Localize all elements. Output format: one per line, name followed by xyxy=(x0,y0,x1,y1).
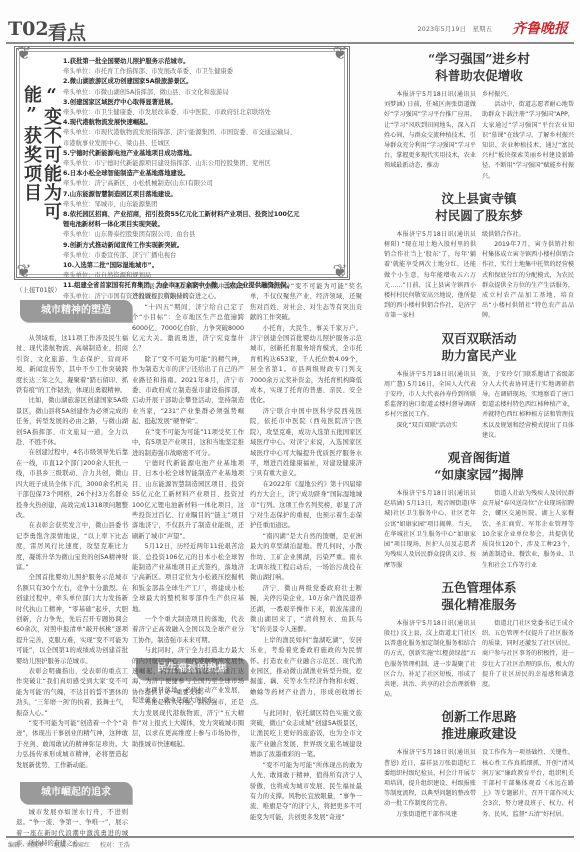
news-brief-five-color: 五色管理体系 强化精准服务 本报济宁5月18日讯(通讯员 殷壮) 汶上县，汶上街… xyxy=(384,579,574,701)
paragraph: 街道人社站为残疾人及居民群众开展“春风送岗位”企业现场招聘会，螺区交通医院、湖上… xyxy=(482,489,574,571)
headline-line: “学习强国”进乡村 xyxy=(384,50,574,67)
paragraph: 在2022年《湿地公约》第十四届缔约方大会上，济宁成功跻身“国际湿地城市”行列。… xyxy=(250,480,362,532)
headline-line: 强化精准服务 xyxy=(384,596,574,613)
headline: 汶上县寅寺镇 村民圆了股东梦 xyxy=(384,190,574,224)
paragraph: 小托育，大民生，事关千家万户。济宁创建全国首批婴幼儿照护服务示范城市，创新托育服… xyxy=(250,324,362,407)
paragraph: 2019年7月，寅寺供销社和村集体成立寅寺镇西小楼村供销合作社，实行土地集中托管… xyxy=(482,240,574,322)
headline: 观音阁街道 “如康家园”揭牌 xyxy=(384,449,574,483)
news-brief-rukang-home: 观音阁街道 “如康家园”揭牌 本报济宁5月18日讯(通讯员 赵培涵) 5月13日… xyxy=(384,449,574,571)
award-item: 1.获批第一批全国婴幼儿照护服务示范城市。 牵头单位：市托育工作指挥部、市发展改… xyxy=(63,57,348,77)
paragraph: 效，于安玲专门联系邀请了省级部分人大代表协同进行实地调研指导。在调研现场，实地察… xyxy=(482,370,574,441)
newspaper-page: T02 看点 2023年5月19日 星期五 齐鲁晚报 ❦ ❦ ❦ ❦ “变不可能… xyxy=(0,0,580,852)
editor-credit: 编辑：刘凯平 xyxy=(8,842,44,849)
headline: “学习强国”进乡村 科普助农促增收 xyxy=(384,50,574,84)
ornament-corner-icon: ❦ xyxy=(13,43,35,65)
award-item-lead: 市港航事业发展中心、梁山县、任城区 xyxy=(63,139,348,149)
article-body: 本报济宁5月18日讯(通讯员 周广慧) 5月16日，全国人大代表于安玲，市人大代… xyxy=(384,370,574,441)
award-item-title: 7.山东能源智慧制造园区项目落地建设。 xyxy=(63,190,348,200)
award-item-title: 10.入选第二批“国际湿地城市”。 xyxy=(63,261,348,271)
article-right-col: 效，于安玲专门联系邀请了省级部分人大代表协同进行实地调研指导。在调研现场，实地察… xyxy=(482,370,574,441)
paragraph: 本报济宁5月18日讯(通讯员 赵培涵) 5月13日，观音阁街道(华城)社区卫生服… xyxy=(384,489,476,571)
article-left-col: 本报济宁5月18日讯(通讯员 殷壮) 汶上县，汶上街道北门社区以普惠化服务加定制… xyxy=(384,619,476,701)
paragraph: 在“变不可能为可能”11项受奖工作中，有5项是产业项目，这和当地坚定推进的制造强… xyxy=(132,428,244,459)
paragraph: 本报济宁5月18日讯(通讯员 曹恩) 近日，嘉祥县万张街道纪工委组织村级纪检员、… xyxy=(384,748,476,809)
issue-date: 2023年5月19日 xyxy=(418,24,466,33)
paragraph: 万张街道把干部作风建 xyxy=(384,810,476,820)
headline-line: 推进廉政建设 xyxy=(384,725,574,742)
masthead-logo: 齐鲁晚报 xyxy=(512,18,568,38)
paragraph: 街道北门社区党委书记王成介绍，五色管理不仅提升了社区服务的质量，同时还激发了社区… xyxy=(482,619,574,690)
paragraph: 本报济宁5月18日讯(通讯员 殷壮) 汶上县，汶上街道北门社区以普惠化服务加定制… xyxy=(384,619,476,701)
award-item-title: 锂电池新材料一体化项目实现突破。 xyxy=(63,220,348,230)
award-item-title: 5.宁德时代新能源电池产业基地项目成功落地。 xyxy=(63,149,348,159)
paragraph: 在表彰会获奖发言中，微山县委书记李勇饱含深情地说，“以上率下比态度，雷厉风行比速… xyxy=(16,521,128,573)
article-left-col: 本报济宁5月18日讯(通讯员 刘梦涵) 日前，任城区南张街道做好“学习强国”学习… xyxy=(384,90,476,182)
page-header: T02 看点 2023年5月19日 星期五 齐鲁晚报 xyxy=(6,8,574,44)
news-brief-clean-government: 创新工作思路 推进廉政建设 本报济宁5月18日讯(通讯员 曹恩) 近日，嘉祥县万… xyxy=(384,708,574,819)
headline-line: 汶上县寅寺镇 xyxy=(384,190,574,207)
award-item: 9.创新方式推动新闻宣传工作实现新突破。 牵头单位：市委宣传部、济宁广播电视台 xyxy=(63,241,348,261)
proofreader-credit: 校对：王浩 xyxy=(100,842,130,849)
award-item-lead: 牵头单位：市卫生健康委、市发展改革委、市中医院、市政府驻北京联络处 xyxy=(63,108,348,118)
award-item-title: 3.创建国家区域医疗中心取得显著进展。 xyxy=(63,98,348,108)
award-item-title: 1.获批第一批全国婴幼儿照护服务示范城市。 xyxy=(63,57,348,67)
award-list: 1.获批第一批全国婴幼儿照护服务示范城市。 牵头单位：市托育工作指挥部、市发展改… xyxy=(63,57,348,302)
paragraph: 活动中，街道志愿者耐心地帮助群众下载注册“学习强国”APP，大家通过“学习强国”… xyxy=(482,100,574,182)
paragraph: 宁德时代新能源电池产业基地项目、日本小松全球智能制造产业基地项目、山东能源智慧制… xyxy=(132,459,244,542)
article-body: 本报济宁5月18日讯(通讯员 殷壮) 汶上县，汶上街道北门社区以普惠化服务加定制… xyxy=(384,619,574,701)
award-item-lead: 牵头单位：济宁高新区、小松机械制造(山东)有限公司 xyxy=(63,179,348,189)
article-column-1: 从领域看，这11项工作涉及民生福祉、现代港航物流、高端制造业、招商引资、文化旅游… xyxy=(16,334,128,771)
award-item-lead: 牵头单位：市托育工作指挥部、市发展改革委、市卫生健康委 xyxy=(63,67,348,77)
award-item: 10.入选第二批“国际湿地城市”。 牵头单位：市自然资源和规划局 xyxy=(63,261,348,281)
paragraph: 一个个重大制造项目的落地，代表着济宁正高效融入全国以及全球产业分工协作，制造强市… xyxy=(132,615,244,646)
news-brief-study-app: “学习强国”进乡村 科普助农促增收 本报济宁5月18日讯(通讯员 刘梦涵) 日前… xyxy=(384,50,574,182)
paragraph: 大项目落地，必将拉动产业发展，促进就业，就业是最大的民生。 xyxy=(132,686,244,707)
news-brief-shareholder: 汶上县寅寺镇 村民圆了股东梦 本报济宁5月18日讯(通讯员 树阳) “现在用土地… xyxy=(384,190,574,322)
article-left-col: 本报济宁5月18日讯(通讯员 周广慧) 5月16日，全国人大代表于安玲，市人大代… xyxy=(384,370,476,441)
paragraph: 除了“变不可能为可能”的精气神，作为制造大市的济宁还给出了自己的产业路径和指南。… xyxy=(132,355,244,428)
headline-line: 村民圆了股东梦 xyxy=(384,207,574,224)
footer-credits: 编辑：刘凯平 组版：曾彦红 校对：王浩 xyxy=(8,840,138,849)
award-item-lead: 牵头单位：山东鲁泰控股集团有限公司、鱼台县 xyxy=(63,230,348,240)
award-item-title: 2.微山湖旅游区成功创建国家5A级旅游景区。 xyxy=(63,77,348,87)
headline: 创新工作思路 推进廉政建设 xyxy=(384,708,574,742)
subhead-city-rise: 城市崛起的追求 xyxy=(20,782,132,804)
award-item: 7.山东能源智慧制造园区项目落地建设。 牵头单位：邹城市、山东能源集团 xyxy=(63,190,348,210)
paragraph: 级供销合作社。 xyxy=(482,230,574,240)
continued-note: （上接T01版） xyxy=(16,285,61,294)
award-box-title: “变不可能为可能”获奖项目 xyxy=(39,85,61,277)
article-body: 本报济宁5月18日讯(通讯员 树阳) “现在用土地入股村里的供销合作社当上‘股东… xyxy=(384,230,574,322)
paragraph: 济宁联合中国中医科学院西苑医院，依托市中医院（西苑医院济宁医院），攻坚克难，成功… xyxy=(250,407,362,480)
award-item-lead: 牵头单位：市微山湖创5A指挥部、微山县、市文化和旅游局 xyxy=(63,88,348,98)
award-item-title: 9.创新方式推动新闻宣传工作实现新突破。 xyxy=(63,241,348,251)
headline: 双百双联活动 助力富民产业 xyxy=(384,330,574,364)
paragraph: 济宁、微山两级党委政府壮士断腕，关停污染企业，10万余户渔民退养还湖，一番艰辛操… xyxy=(250,584,362,636)
article-left-col: 本报济宁5月18日讯(通讯员 赵培涵) 5月13日，观音阁街道(华城)社区卫生服… xyxy=(384,489,476,571)
article-right-col: 设工作作为一项基础性、关键性、核心性工作真抓细抓，开创“清风润万家”廉政教育平台… xyxy=(482,748,574,819)
article-right-col: 街道人社站为残疾人及居民群众开展“春风送岗位”企业现场招聘会，螺区交通医院、湖上… xyxy=(482,489,574,571)
paragraph: 乡村振兴。 xyxy=(482,90,574,100)
award-item-title: 8.依托园区招商、产业招商，招引投资55亿元化工新材料产业项目、投资过100亿元 xyxy=(63,210,348,220)
paragraph: 本报济宁5月18日讯(通讯员 刘梦涵) 日前，任城区南张街道做好“学习强国”学习… xyxy=(384,90,476,172)
award-item: 3.创建国家区域医疗中心取得显著进展。 牵头单位：市卫生健康委、市发展改革委、市… xyxy=(63,98,348,118)
article-column-2: 一”，展示着一座在新时代浪潮中激流勇进的城市，所始持的奋进之心。 “十四五”期间… xyxy=(132,282,244,750)
paragraph: 全国首批婴幼儿照护服务示范城市名额只有30个左右，竞争十分激烈。在创建过程中，牵… xyxy=(16,573,128,667)
paragraph: 一”，展示着一座在新时代浪潮中激流勇进的城市，所始持的奋进之心。 xyxy=(132,282,244,303)
article-column-3: 纵观这份“变不可能为可能”奖名单，不仅仅聚焦产业、经济领域，还聚焦对百姓、对社会… xyxy=(250,282,362,823)
article-body: 本报济宁5月18日讯(通讯员 曹恩) 近日，嘉祥县万张街道纪工委组织村级纪检员、… xyxy=(384,748,574,819)
award-item: 4.现代港航物流发展快速崛起。 牵头单位：市现代港航物流发展指挥部、济宁能源集团… xyxy=(63,118,348,149)
headline-line: “如康家园”揭牌 xyxy=(384,466,574,483)
article-left-col: 本报济宁5月18日讯(通讯员 曹恩) 近日，嘉祥县万张街道纪工委组织村级纪检员、… xyxy=(384,748,476,819)
article-body: 本报济宁5月18日讯(通讯员 赵培涵) 5月13日，观音阁街道(华城)社区卫生服… xyxy=(384,489,574,571)
paragraph: “变不可能为可能”所体现出的敢为人先、敢闯敢干精神，值得所有济宁人骄傲，也将成为… xyxy=(250,761,362,823)
award-item-lead: 牵头单位：市现代港航物流发展指挥部、济宁能源集团、市国资委、市交通运输局、 xyxy=(63,128,348,138)
article-body: 本报济宁5月18日讯(通讯员 刘梦涵) 日前，任城区南张街道做好“学习强国”学习… xyxy=(384,90,574,182)
award-item: 8.依托园区招商、产业招商，招引投资55亿元化工新材料产业项目、投资过100亿元… xyxy=(63,210,348,241)
paragraph: 表彰会明确指出，受表彰的重点工作突破让“我们真切感受到大家‘变不可能为可能’的气… xyxy=(16,667,128,719)
paragraph: 纵观这份“变不可能为可能”奖名单，不仅仅聚焦产业、经济领域，还聚焦对百姓、对社会… xyxy=(250,282,362,324)
headline: 五色管理体系 强化精准服务 xyxy=(384,579,574,613)
headline-line: 双百双联活动 xyxy=(384,330,574,347)
issue-weekday: 星期五 xyxy=(473,24,493,33)
headline-line: 观音阁街道 xyxy=(384,449,574,466)
paragraph: 从领域看，这11项工作涉及民生福祉、现代港航物流、高端制造业、招商引资、文化旅游… xyxy=(16,334,128,396)
award-item: 5.宁德时代新能源电池产业基地项目成功落地。 牵头单位：市宁德时代新能源项目建设… xyxy=(63,149,348,169)
article-right-col: 级供销合作社。2019年7月，寅寺供销社和村集体成立寅寺镇西小楼村供销合作社，实… xyxy=(482,230,574,322)
paragraph: 本报济宁5月18日讯(通讯员 树阳) “现在用土地入股村里的供销合作社当上‘股东… xyxy=(384,230,476,322)
award-item: 2.微山湖旅游区成功创建国家5A级旅游景区。 牵头单位：市微山湖创5A指挥部、微… xyxy=(63,77,348,97)
article-column-2-bottom: 大项目落地，必将拉动产业发展，促进就业，就业是最大的民生。 xyxy=(132,686,244,707)
article-right-col: 街道北门社区党委书记王成介绍，五色管理不仅提升了社区服务的质量，同时还激发了社区… xyxy=(482,619,574,701)
paragraph: 设工作作为一项基础性、关键性、核心性工作真抓细抓，开创“清风润万家”廉政教育平台… xyxy=(482,748,574,819)
paragraph: 5月12日，历经近两年11轮艰苦洽谈、总投资106亿元的日本小松全球智能制造产业… xyxy=(132,542,244,615)
ornament-corner-icon: ❦ xyxy=(13,261,35,283)
headline-line: 科普助农促增收 xyxy=(384,67,574,84)
headline-line: 创新工作思路 xyxy=(384,708,574,725)
paragraph: “南四湖”是大自然的馈赠，是亚洲最大的草型湖泊湿地。曾几何时，小散作坊、工矿企业… xyxy=(250,532,362,584)
paragraph: “变不可能为可能”创造着一个个“奇迹”，体现出干事创业的精气神，这种敢于亮剑、敢… xyxy=(16,719,128,771)
paragraph: “十四五”期间，济宁给自己定了个“小目标”：全市地区生产总值逾跨6000亿、70… xyxy=(132,303,244,355)
subhead-city-spirit: 城市精神的塑造 xyxy=(20,300,132,322)
news-brief-double-hundred: 双百双联活动 助力富民产业 本报济宁5月18日讯(通讯员 周广慧) 5月16日，… xyxy=(384,330,574,441)
headline-line: 助力富民产业 xyxy=(384,347,574,364)
page-number: T02 xyxy=(8,18,49,40)
paragraph: 本报济宁5月18日讯(通讯员 周广慧) 5月16日，全国人大代表于安玲，市人大代… xyxy=(384,370,476,421)
designer-credit: 组版：曾彦红 xyxy=(54,842,90,849)
award-projects-box: ❦ ❦ ❦ ❦ “变不可能为可能”获奖项目 1.获批第一批全国婴幼儿照护服务示范… xyxy=(14,46,350,280)
right-news-column: “学习强国”进乡村 科普助农促增收 本报济宁5月18日讯(通讯员 刘梦涵) 日前… xyxy=(384,50,574,828)
paragraph: 上岸的渔民如何“靠湖吃湖”，安居乐业，考验着党委政府施政的为民情怀。打造农业产业… xyxy=(250,636,362,709)
article-right-col: 乡村振兴。活动中，街道志愿者耐心地帮助群众下载注册“学习强国”APP，大家通过“… xyxy=(482,90,574,182)
paragraph: 深化“双百双联”活动实 xyxy=(384,421,476,431)
footer-divider xyxy=(6,836,574,838)
award-item-lead: 牵头单位：市宁德时代新能源项目建设指挥部、山东公用控股集团、兖州区 xyxy=(63,159,348,169)
paragraph: 与此同时，依托湖区特色实施文旅突破，微山“众志成城”创建5A级景区，让渔民吃上更… xyxy=(250,709,362,761)
article-left-col: 本报济宁5月18日讯(通讯员 树阳) “现在用土地入股村里的供销合作社当上‘股东… xyxy=(384,230,476,322)
paragraph: 在创建过程中，4名市级领导先后靠在一线，市直12个部门200余人驻扎一线，市县乡… xyxy=(16,448,128,521)
award-item: 6.日本小松全球智能制造产业基地落地建设。 牵头单位：济宁高新区、小松机械制造(… xyxy=(63,169,348,189)
paragraph: 比如，微山湖旅游区创建国家5A级景区，微山县将5A创建作为必须完成的任务，转型发… xyxy=(16,396,128,448)
award-item-title: 6.日本小松全球智能制造产业基地落地建设。 xyxy=(63,169,348,179)
section-name: 看点 xyxy=(48,18,86,45)
award-item-lead: 牵头单位：市自然资源和规划局 xyxy=(63,271,348,281)
award-item-title: 4.现代港航物流发展快速崛起。 xyxy=(63,118,348,128)
award-item-lead: 牵头单位：邹城市、山东能源集团 xyxy=(63,200,348,210)
award-item-lead: 牵头单位：市委宣传部、济宁广播电视台 xyxy=(63,251,348,261)
headline-line: 五色管理体系 xyxy=(384,579,574,596)
